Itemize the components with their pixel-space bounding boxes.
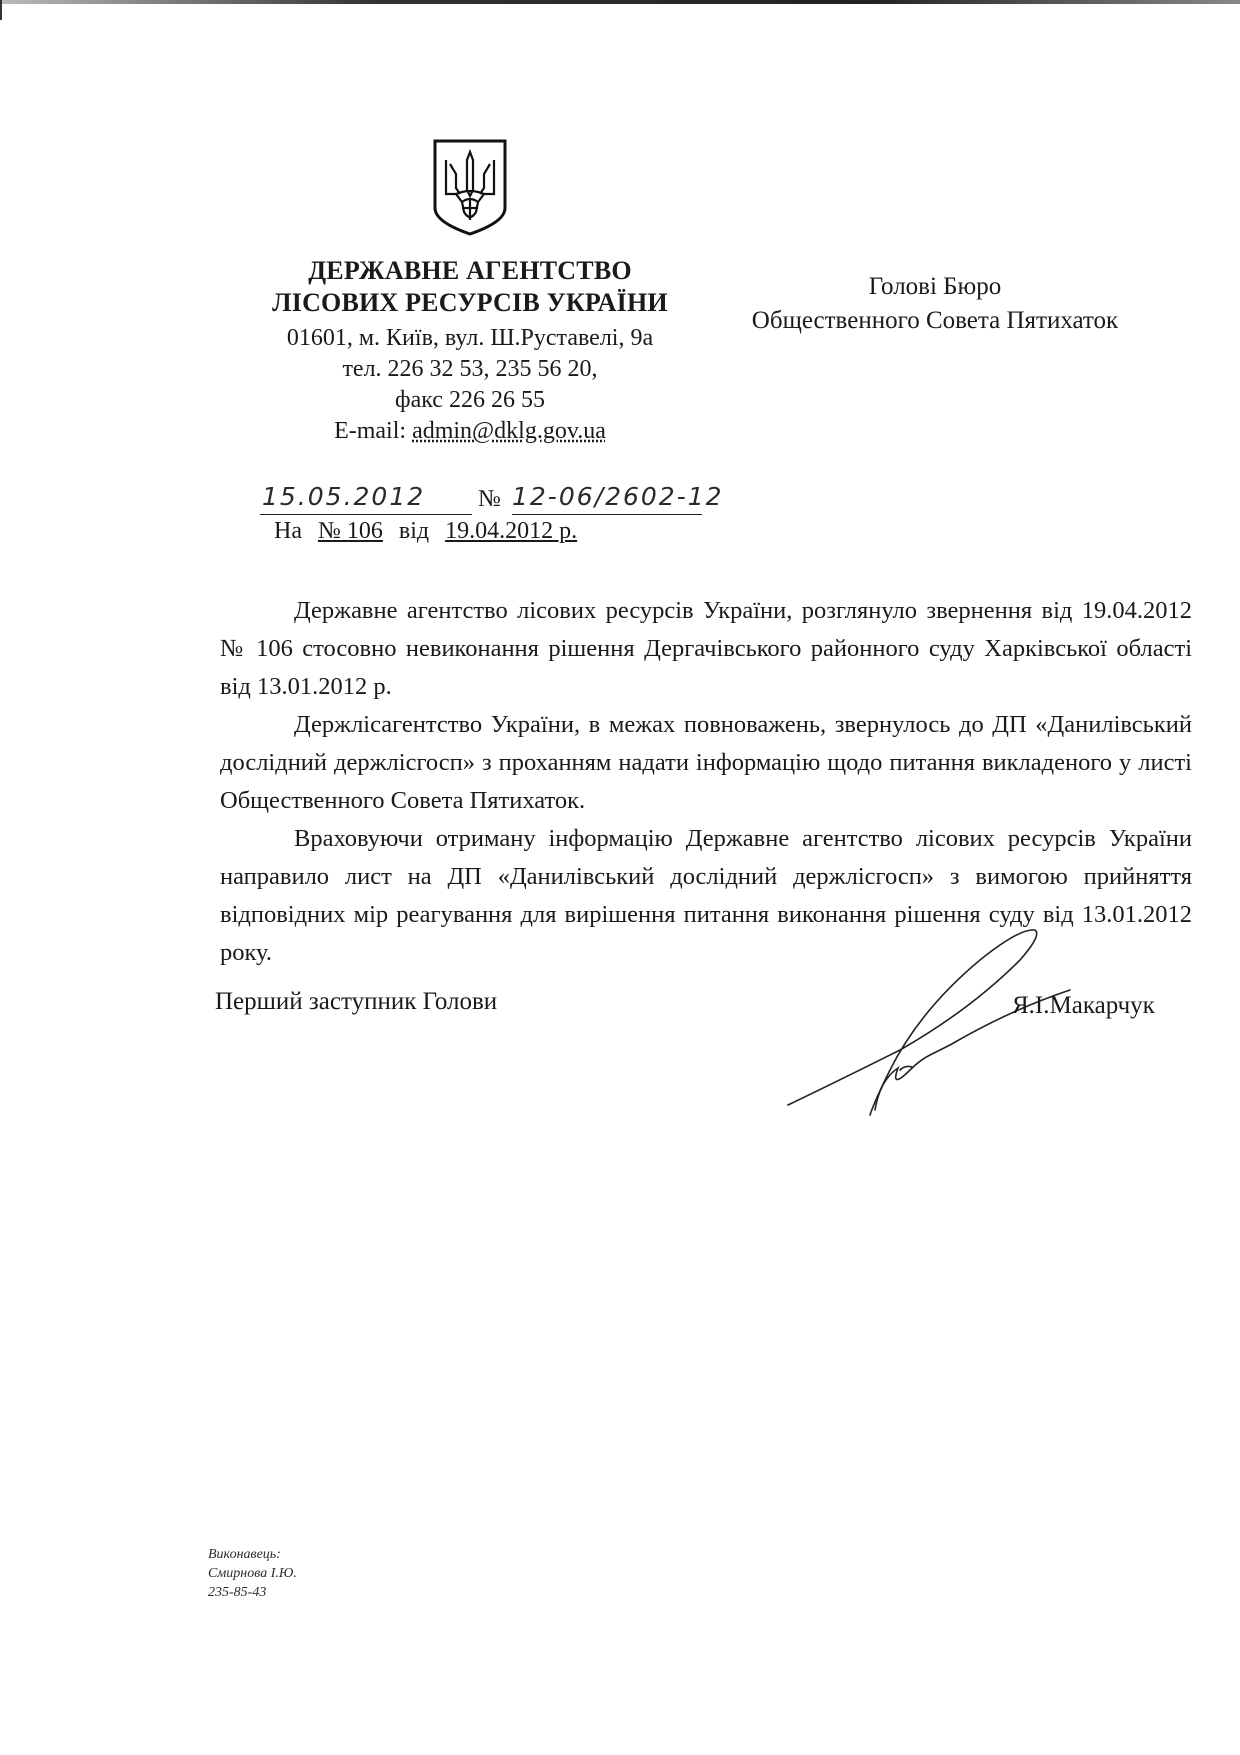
letter-body: Державне агентство лісових ресурсів Укра… [220, 592, 1192, 972]
reference-prefix: На [274, 518, 302, 544]
ukraine-trident-coat-of-arms-icon [432, 138, 508, 236]
agency-fax: факс 226 26 55 [230, 385, 710, 416]
reference-line: На № 106 від 19.04.2012 р. [274, 518, 577, 545]
recipient-line1: Голові Бюро [700, 270, 1170, 304]
signer-title: Перший заступник Голови [215, 988, 497, 1016]
signer-name: Я.І.Макарчук [1012, 992, 1155, 1020]
executor-phone: 235-85-43 [208, 1583, 297, 1602]
reference-from-word: від [399, 518, 429, 544]
email-link[interactable]: admin@dklg.gov.ua [412, 418, 606, 444]
recipient-block: Голові Бюро Общественного Совета Пятихат… [700, 270, 1170, 338]
reference-number: № 106 [318, 518, 383, 544]
body-paragraph: Держлісагентство України, в межах повнов… [220, 706, 1192, 820]
outgoing-number-handwritten: 12-06/2602-12 [512, 482, 702, 515]
sender-block: ДЕРЖАВНЕ АГЕНТСТВО ЛІСОВИХ РЕСУРСІВ УКРА… [230, 255, 710, 447]
agency-name-line2: ЛІСОВИХ РЕСУРСІВ УКРАЇНИ [230, 287, 710, 319]
email-label: E-mail: [334, 418, 412, 444]
scan-edge-mark [0, 0, 2, 20]
agency-email-line: E-mail: admin@dklg.gov.ua [230, 416, 710, 447]
agency-address: 01601, м. Київ, вул. Ш.Руставелі, 9а [230, 323, 710, 354]
outgoing-date-handwritten: 15.05.2012 [260, 482, 472, 515]
recipient-line2: Общественного Совета Пятихаток [700, 304, 1170, 338]
executor-label: Виконавець: [208, 1545, 297, 1564]
reference-date: 19.04.2012 р. [445, 518, 577, 544]
number-sign: № [478, 486, 501, 513]
agency-name-line1: ДЕРЖАВНЕ АГЕНТСТВО [230, 255, 710, 287]
handwritten-signature-icon [780, 920, 1100, 1120]
body-paragraph: Державне агентство лісових ресурсів Укра… [220, 592, 1192, 706]
outgoing-registration: 15.05.2012 № 12-06/2602-12 [260, 482, 730, 516]
executor-name: Смирнова І.Ю. [208, 1564, 297, 1583]
agency-phone: тел. 226 32 53, 235 56 20, [230, 354, 710, 385]
scan-edge-shadow [0, 0, 1240, 4]
executor-block: Виконавець: Смирнова І.Ю. 235-85-43 [208, 1545, 297, 1602]
